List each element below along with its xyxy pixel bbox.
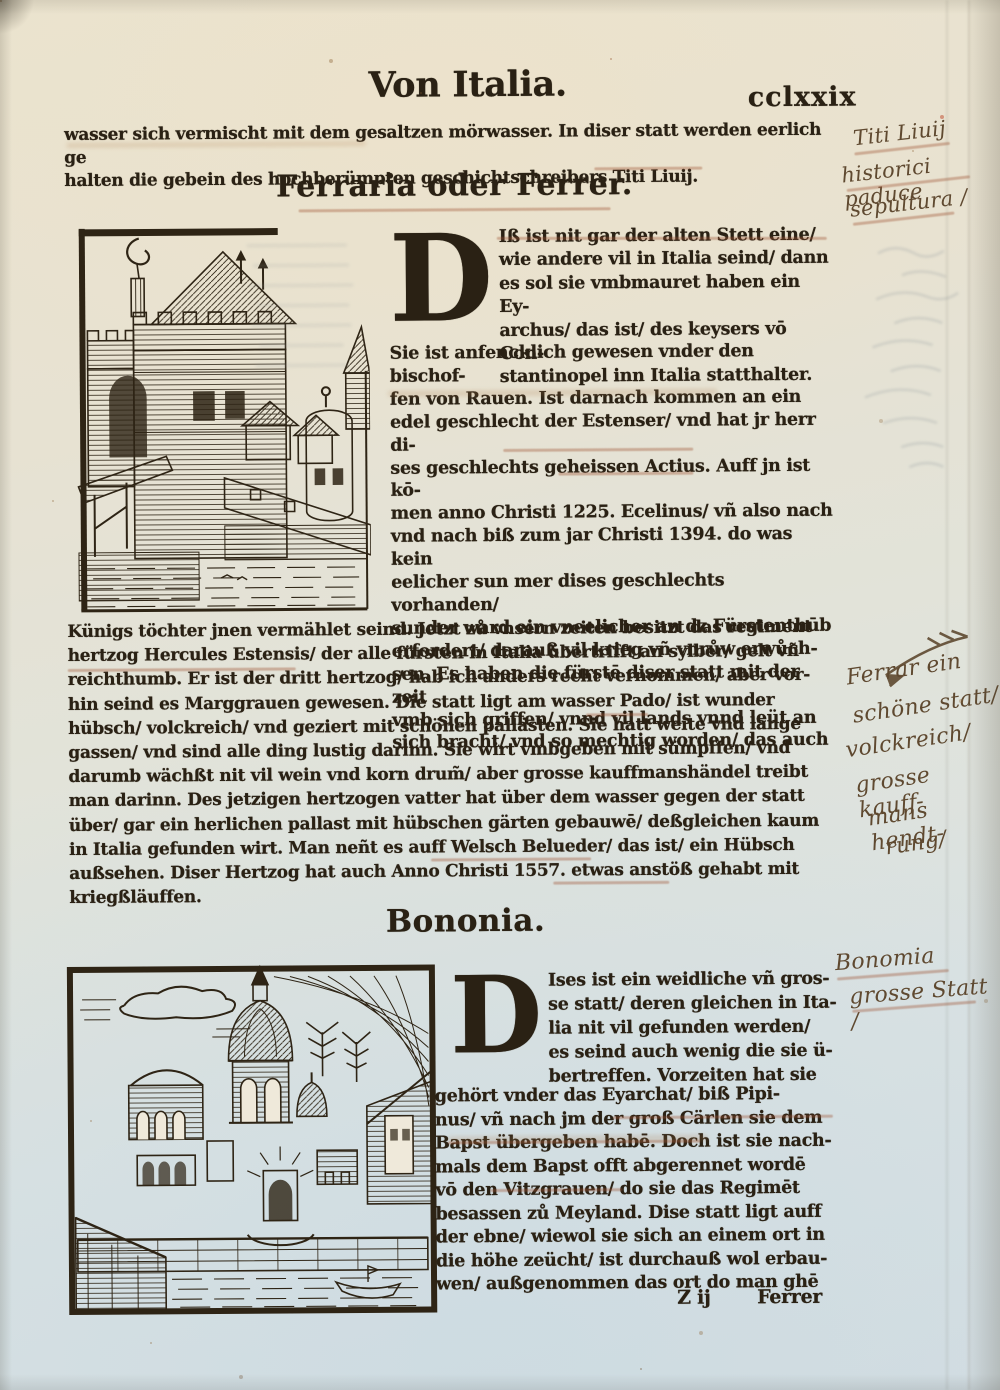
- catchword: Ferrer: [757, 1286, 822, 1308]
- page-content: Von Italia. cclxxix wasser sich vermisch…: [0, 0, 1000, 1390]
- paper-crease: [946, 0, 948, 1390]
- drop-cap-initial: D: [389, 230, 493, 329]
- drop-cap-initial: D: [450, 972, 542, 1060]
- reader-strike-mark: [497, 237, 827, 240]
- showthrough-text-smudge: [239, 237, 364, 392]
- foxing-specks: [0, 0, 2, 2]
- page-edge-line: [968, 0, 970, 1390]
- section-heading-bononia: Bononia.: [0, 900, 966, 943]
- ferrara-fullwidth-text: Künigs töchter jnen vermählet seind. Jet…: [67, 615, 835, 911]
- showthrough-handwriting: [842, 239, 994, 489]
- bononia-woodcut-illustration: [66, 963, 438, 1316]
- bononia-column-text-first: Ises ist ein weidliche vñ gros- se statt…: [548, 967, 839, 1089]
- book-page-photo: Von Italia. cclxxix wasser sich vermisch…: [0, 0, 1000, 1390]
- quire-signature: Z ij: [677, 1287, 711, 1309]
- section-heading-ferrara: Ferraria oder Ferrer.: [0, 165, 955, 207]
- folio-number: cclxxix: [748, 81, 857, 113]
- reader-underline-mark: [586, 713, 648, 716]
